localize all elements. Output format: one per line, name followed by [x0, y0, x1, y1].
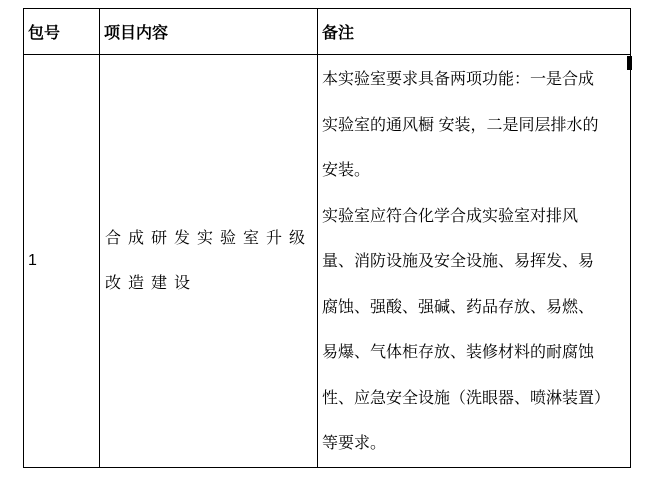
project-content-line: 改造建设 — [105, 261, 313, 306]
package-info-table: 包号 项目内容 备注 1 合成研发实验室升级 改造建设 本实验室要求具备两项功能… — [23, 8, 631, 468]
cell-package-no: 1 — [24, 55, 100, 468]
header-remarks: 备注 — [318, 9, 631, 55]
document-page: 包号 项目内容 备注 1 合成研发实验室升级 改造建设 本实验室要求具备两项功能… — [0, 0, 657, 480]
table-header-row: 包号 项目内容 备注 — [24, 9, 631, 55]
remark-line: 性、应急安全设施（洗眼器、喷淋装置） — [322, 376, 628, 422]
remark-line: 易爆、气体柜存放、装修材料的耐腐蚀 — [322, 330, 628, 376]
header-project-content: 项目内容 — [100, 9, 318, 55]
remark-line: 等要求。 — [322, 421, 628, 467]
cell-project-content: 合成研发实验室升级 改造建设 — [100, 55, 318, 468]
remark-line: 腐蚀、强酸、强碱、药品存放、易燃、 — [322, 285, 628, 331]
remark-line: 安装。 — [322, 148, 628, 194]
project-content-line: 合成研发实验室升级 — [105, 216, 313, 261]
header-package-no: 包号 — [24, 9, 100, 55]
table-row: 1 合成研发实验室升级 改造建设 本实验室要求具备两项功能：一是合成 实验室的通… — [24, 55, 631, 468]
remark-line: 实验室应符合化学合成实验室对排风 — [322, 194, 628, 240]
remark-line: 实验室的通风橱 安装，二是同层排水的 — [322, 103, 628, 149]
remark-line: 本实验室要求具备两项功能：一是合成 — [322, 57, 628, 103]
cell-remarks: 本实验室要求具备两项功能：一是合成 实验室的通风橱 安装，二是同层排水的 安装。… — [318, 55, 631, 468]
text-cursor — [627, 56, 632, 70]
remark-line: 量、消防设施及安全设施、易挥发、易 — [322, 239, 628, 285]
